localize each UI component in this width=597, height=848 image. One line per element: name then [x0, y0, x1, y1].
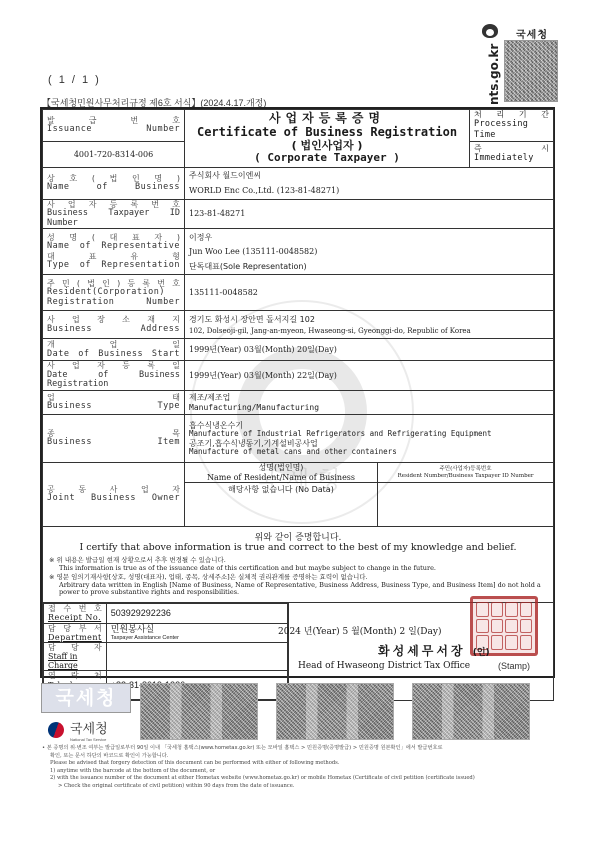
registration-number-value: 135111-0048582	[185, 275, 554, 311]
certification-en: I certify that above information is true…	[49, 543, 547, 554]
registration-date-value: 1999년(Year) 03월(Month) 22일(Day)	[185, 361, 554, 391]
certification-note: ※ 위 내용은 발급일 현재 상황으로서 추후 변경될 수 있습니다. This…	[49, 557, 547, 572]
qr-code[interactable]	[504, 40, 558, 102]
office-head-en: Head of Hwaseong District Tax Office	[298, 661, 470, 671]
joint-owner-name-header: 성명(법인명) Name of Resident/Name of Busines…	[185, 463, 378, 483]
verification-barcode[interactable]	[412, 683, 530, 740]
subtitle-en: ( Corporate Taxpayer )	[189, 152, 465, 165]
office-head-ko: 화성세무서장 (인)	[378, 642, 490, 659]
start-date-label: 개업일 Date of Business Start	[43, 339, 185, 361]
representative-name-ko: 이정우	[189, 233, 549, 242]
representative-name-en: Jun Woo Lee (135111-0048582)	[189, 247, 549, 256]
business-type-label: 업태 Business Type	[43, 391, 185, 415]
receipt-no-value: 503929292236	[106, 604, 287, 623]
document-title: 사업자등록증명 Certificate of Business Registra…	[185, 110, 470, 168]
taeguk-icon	[46, 720, 67, 741]
business-name-en: WORLD Enc Co.,Ltd. (123-81-48271)	[189, 186, 549, 195]
page-indicator: ( 1 / 1 )	[48, 74, 101, 86]
nts-brand-sub: National Tax Service	[70, 737, 108, 742]
title-en: Certificate of Business Registration	[189, 126, 465, 140]
verification-barcode[interactable]	[276, 683, 394, 740]
certification-statement: 위와 같이 증명합니다. I certify that above inform…	[43, 527, 554, 603]
processing-time-label: 처리기간 Processing Time	[470, 110, 554, 142]
business-name-label: 상호(법인명) Name of Business	[43, 167, 185, 199]
business-item-value: 흡수식냉온수기 Manufacture of Industrial Refrig…	[185, 415, 554, 463]
nts-url: nts.go.kr	[487, 45, 501, 105]
issuance-number-value: 4001-720-8314-006	[43, 141, 185, 167]
nts-mascot-icon	[482, 24, 498, 38]
seal-mark: (인)	[473, 648, 490, 658]
business-item-label: 종목 Business Item	[43, 415, 185, 463]
nts-box-logo: 국세청	[41, 683, 131, 713]
representative-value: 이정우 Jun Woo Lee (135111-0048582) 단독대표(So…	[185, 229, 554, 275]
certification-note: ※ 영문 임의기재사항[상호, 성명(대표자), 업태, 종목, 상세주소]은 …	[49, 574, 547, 596]
forgery-detection-notice: • 본 증명의 위·변조 여부는 발급일로부터 90일 이내 「국세청 홈택스(…	[42, 745, 562, 790]
nts-brand-name: 국세청	[70, 722, 108, 737]
joint-owner-id-value	[378, 483, 554, 527]
address-ko: 경기도 화성시 장안면 돌서지길 102	[189, 315, 549, 324]
taxpayer-id-value: 123-81-48271	[185, 199, 554, 229]
address-en: 102, Dolseoji-gil, Jang-an-myeon, Hwaseo…	[189, 327, 549, 335]
verification-barcode[interactable]	[140, 683, 258, 740]
issuance-number-label: 발급번호 Issuance Number	[43, 110, 185, 142]
staff-value	[106, 642, 287, 671]
title-ko: 사업자등록증명	[189, 112, 465, 126]
staff-label: 담당자Staff in Charge	[44, 642, 107, 671]
issue-date: 2024 년(Year) 5 월(Month) 2 일(Day)	[278, 624, 441, 637]
address-label: 사업장소재지 Business Address	[43, 311, 185, 339]
business-name-value: 주식회사 월드이엔씨 WORLD Enc Co.,Ltd. (123-81-48…	[185, 167, 554, 199]
processing-label-en: Processing Time	[474, 119, 528, 140]
business-type-ko: 제조/제조업	[189, 393, 549, 402]
business-item-line: Manufacture of Industrial Refrigerators …	[189, 430, 549, 439]
department-label: 담당부서Department	[44, 623, 107, 642]
business-type-value: 제조/제조업 Manufacturing/Manufacturing	[185, 391, 554, 415]
certificate-form: 발급번호 Issuance Number 사업자등록증명 Certificate…	[40, 107, 555, 678]
address-value: 경기도 화성시 장안면 돌서지길 102 102, Dolseoji-gil, …	[185, 311, 554, 339]
representation-type: 단독대표(Sole Representation)	[189, 262, 549, 271]
business-type-en: Manufacturing/Manufacturing	[189, 403, 549, 412]
registration-date-label: 사업자등록일 Date of Business Registration	[43, 361, 185, 391]
taxpayer-id-label: 사업자등록번호 Business Taxpayer ID Number	[43, 199, 185, 229]
receipt-no-label: 접수번호Receipt No.	[44, 604, 107, 623]
issuance-label-en: Issuance Number	[47, 125, 180, 135]
start-date-value: 1999년(Year) 03월(Month) 20일(Day)	[185, 339, 554, 361]
business-name-ko: 주식회사 월드이엔씨	[189, 171, 549, 180]
joint-owner-label: 공동사업자 Joint Business Owner	[43, 463, 185, 527]
nts-brand-logo: 국세청 National Tax Service	[48, 718, 108, 742]
stamp-label: (Stamp)	[498, 661, 530, 671]
department-value: 민원봉사실Taxpayer Assistance Center	[106, 623, 287, 642]
processing-time-value: 즉시 Immediately	[470, 141, 554, 167]
registration-number-label: 주민(법인)등록번호 Resident(Corporation) Registr…	[43, 275, 185, 311]
joint-owner-id-header: 주민(사업자)등록번호 Resident Number/Business Tax…	[378, 463, 554, 483]
representative-label: 성명(대표자) Name of Representative 대표유형 Type…	[43, 229, 185, 275]
nts-brand-text: 국세청	[516, 26, 548, 41]
nts-header-logo: 국세청 nts.go.kr	[482, 22, 562, 102]
processing-value-en: Immediately	[474, 153, 534, 163]
business-item-line: Manufacture of metal cans and other cont…	[189, 448, 549, 457]
joint-owner-value: 해당사항 없습니다 (No Data)	[185, 483, 378, 527]
